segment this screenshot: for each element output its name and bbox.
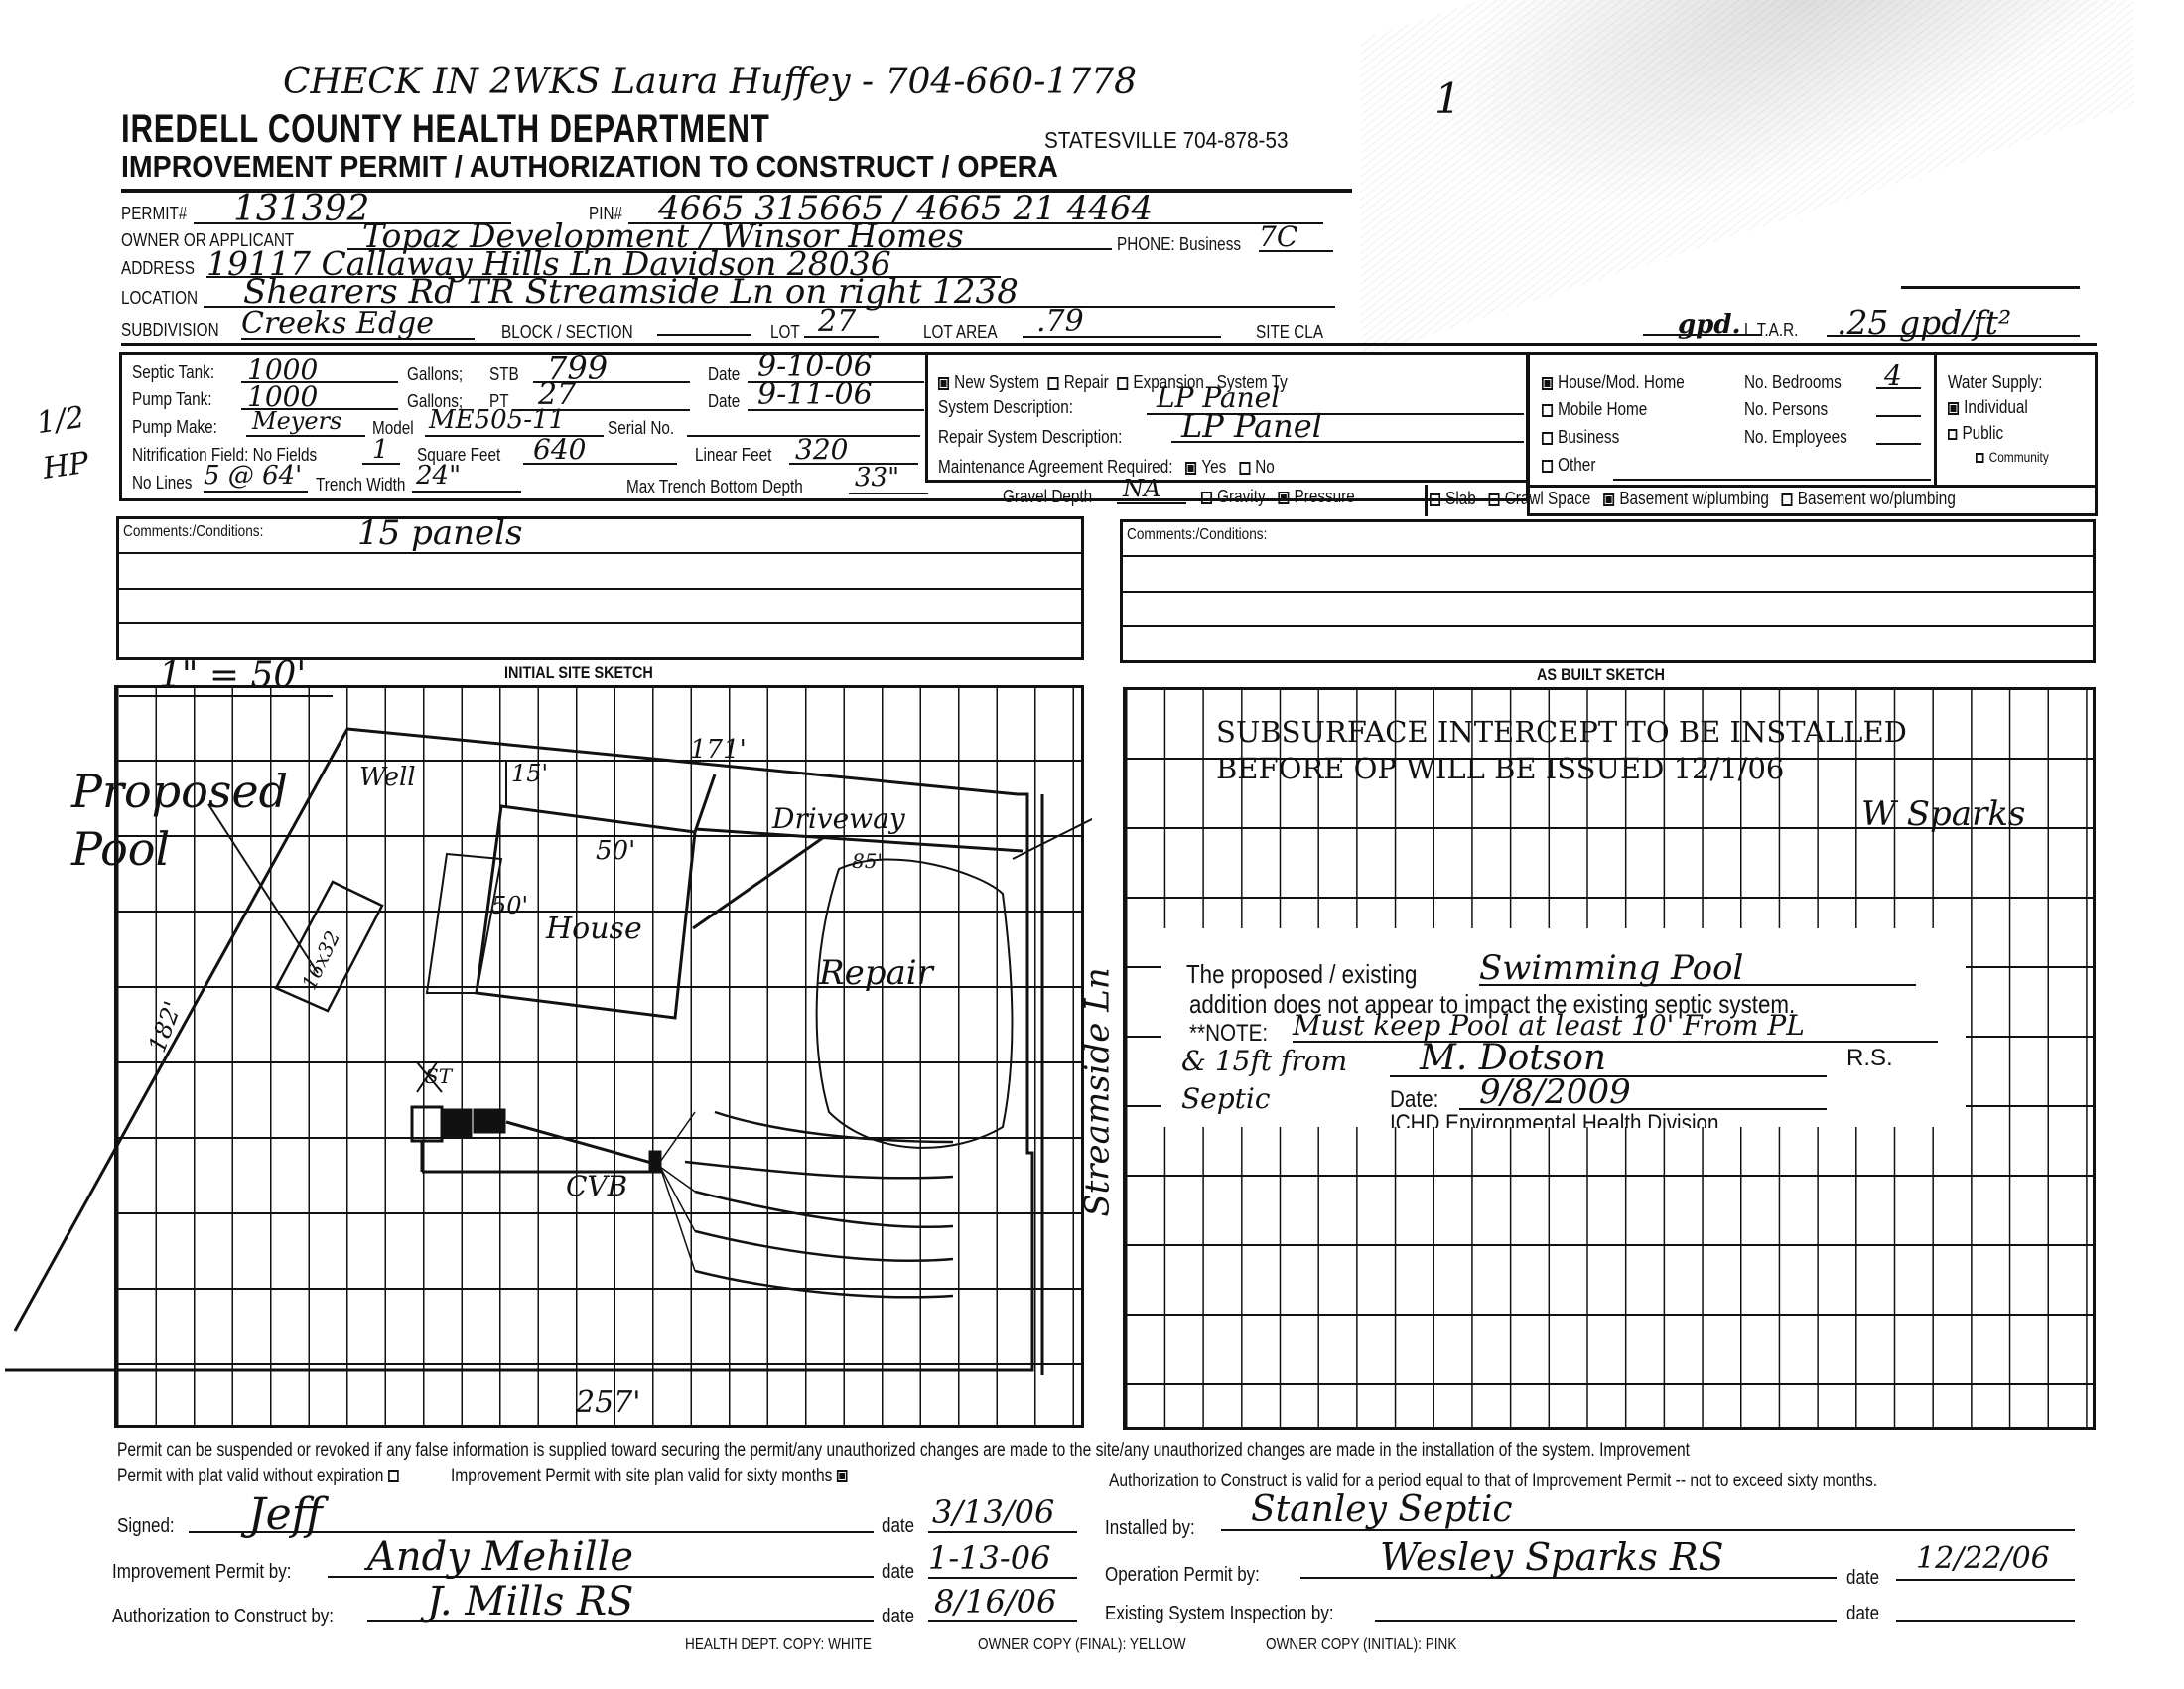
atc-date-label: date (882, 1606, 914, 1628)
department-title: IREDELL COUNTY HEALTH DEPARTMENT (121, 107, 770, 152)
pump-make-label: Pump Make: (132, 417, 217, 438)
maintenance-no-checkbox[interactable] (1239, 462, 1250, 475)
bedrooms-value: 4 (1884, 359, 1902, 392)
mobile-row: Mobile Home (1542, 399, 1647, 420)
comments-right-box[interactable]: Comments:/Conditions: (1120, 519, 2096, 663)
phone-field[interactable]: 7C (1259, 220, 1333, 252)
location-field[interactable]: Shearers Rd TR Streamside Ln on right 12… (204, 272, 1335, 308)
subdivision-value: Creeks Edge (241, 306, 434, 341)
water-individual-label: Individual (1964, 397, 2028, 417)
water-supply-box (1934, 352, 1937, 487)
atc-by-field[interactable]: J. Mills RS (367, 1579, 874, 1622)
pump-tank-field[interactable]: 1000 (241, 380, 398, 410)
handwritten-followup-note: CHECK IN 2WKS Laura Huffey - 704-660-177… (283, 62, 1137, 102)
model-value: ME505-11 (429, 405, 565, 435)
basement-without-plumbing-checkbox[interactable] (1782, 493, 1793, 506)
water-community-row: Community (1976, 449, 2049, 465)
lot-area-value: .79 (1036, 304, 1084, 339)
improvement-permit-date-value: 1-13-06 (928, 1539, 1050, 1577)
plat-validity-label: Permit with plat valid without expiratio… (117, 1466, 383, 1486)
stamp-date-value: 9/8/2009 (1479, 1072, 1631, 1112)
employees-label: No. Employees (1744, 427, 1847, 448)
section-rule (121, 343, 2097, 346)
form-title: IMPROVEMENT PERMIT / AUTHORIZATION TO CO… (121, 149, 1058, 185)
crawl-checkbox[interactable] (1489, 493, 1500, 506)
comments-left-value: 15 panels (357, 513, 522, 553)
stamp-rs-label: R.S. (1846, 1045, 1893, 1072)
date-label-1: Date (708, 364, 740, 385)
repair-checkbox[interactable] (1048, 377, 1059, 390)
block-field[interactable] (657, 316, 751, 336)
gpd-label: gpd. (1678, 310, 1741, 340)
ltar-label: L.T.A.R. (1744, 320, 1798, 341)
permit-label: PERMIT# (121, 204, 187, 224)
sketch-label-proposed-pool: Proposed Pool (71, 763, 250, 878)
installed-by-field[interactable]: Stanley Septic (1221, 1489, 2075, 1531)
other-row: Other (1542, 455, 1595, 476)
water-public-label: Public (1962, 423, 2003, 443)
persons-field[interactable] (1876, 399, 1921, 417)
stamp-line1: The proposed / existing (1186, 959, 1417, 990)
comments-left-box[interactable]: Comments:/Conditions: 15 panels (116, 516, 1084, 660)
ltar-rule-upper (1901, 286, 2080, 289)
site-plan-validity-checkbox[interactable] (837, 1470, 848, 1482)
business-label: Business (1558, 427, 1619, 447)
stb-label: STB (489, 364, 519, 385)
as-built-note-line1: SUBSURFACE INTERCEPT TO BE INSTALLED (1216, 715, 1907, 749)
foundation-row-left-rule (1425, 485, 1428, 516)
margin-note-hp: 1/2 HP (34, 393, 105, 492)
linear-feet-field[interactable]: 320 (789, 433, 918, 465)
lot-value: 27 (818, 304, 856, 339)
repair-desc-label: Repair System Description: (938, 427, 1122, 448)
gallons-label-1: Gallons; (407, 364, 463, 385)
lines-value: 5 @ 64' (204, 461, 302, 491)
gravel-field[interactable]: NA (1117, 475, 1186, 504)
bedrooms-label: No. Bedrooms (1744, 372, 1842, 393)
address-label: ADDRESS (121, 258, 195, 279)
subdivision-label: SUBDIVISION (121, 320, 219, 341)
sqft-field[interactable]: 640 (523, 433, 677, 465)
house-row: House/Mod. Home (1542, 372, 1685, 393)
sketch-label-15ft: 15' (511, 760, 548, 787)
existing-inspection-label: Existing System Inspection by: (1105, 1603, 1334, 1625)
gravity-label: Gravity (1217, 487, 1265, 506)
gravel-label: Gravel Depth (1003, 487, 1092, 507)
pump-make-value: Meyers (252, 407, 341, 435)
sqft-value: 640 (533, 433, 586, 466)
improvement-permit-date-label: date (882, 1561, 914, 1584)
as-built-note-signature: W Sparks (1861, 794, 2025, 834)
operation-permit-by-label: Operation Permit by: (1105, 1564, 1260, 1587)
copy-yellow-label: OWNER COPY (FINAL): YELLOW (978, 1636, 1186, 1654)
system-box-bottom (925, 480, 1529, 483)
signed-date-value: 3/13/06 (932, 1493, 1054, 1531)
basement-without-plumbing-label: Basement wo/plumbing (1798, 489, 1956, 508)
comments-right-label: Comments:/Conditions: (1127, 526, 1267, 544)
building-box-divider (1527, 485, 2098, 488)
existing-inspection-date-label: date (1846, 1603, 1879, 1625)
site-plan-validity-label: Improvement Permit with site plan valid … (451, 1466, 832, 1486)
max-depth-label: Max Trench Bottom Depth (626, 477, 803, 497)
lines-field[interactable]: 5 @ 64' (204, 461, 308, 493)
improvement-permit-date-field[interactable]: 1-13-06 (928, 1539, 1077, 1579)
copy-white-label: HEALTH DEPT. COPY: WHITE (685, 1636, 872, 1654)
installed-by-value: Stanley Septic (1251, 1489, 1513, 1530)
trench-width-field[interactable]: 24" (412, 461, 521, 493)
water-supply-label: Water Supply: (1948, 372, 2043, 393)
fields-field[interactable]: 1 (362, 435, 400, 465)
improvement-permit-by-signature: Andy Mehille (367, 1534, 633, 1580)
other-label: Other (1558, 455, 1595, 475)
maintenance-row: Maintenance Agreement Required: Yes No (938, 457, 1275, 478)
water-public-row: Public (1948, 423, 2003, 444)
mobile-label: Mobile Home (1558, 399, 1647, 419)
signed-signature: Jeff (248, 1489, 323, 1540)
new-system-checkbox[interactable] (938, 377, 949, 390)
slab-checkbox[interactable] (1430, 493, 1440, 506)
water-individual-row: Individual (1948, 397, 2028, 418)
pressure-label: Pressure (1295, 487, 1355, 506)
operation-permit-date-label: date (1846, 1567, 1879, 1590)
repair-label: Repair (1064, 372, 1109, 392)
date2-value: 9-11-06 (757, 377, 873, 412)
septic-tank-label: Septic Tank: (132, 362, 214, 383)
lot-area-label: LOT AREA (923, 322, 998, 343)
ltar-field[interactable]: .25 gpd/ft² (1827, 303, 2080, 337)
subdivision-field[interactable]: Creeks Edge (241, 306, 475, 340)
employees-field[interactable] (1876, 427, 1921, 445)
lot-field[interactable]: 27 (804, 304, 879, 338)
crawl-label: Crawl Space (1505, 489, 1591, 508)
operation-permit-date-field[interactable]: 12/22/06 (1896, 1541, 2075, 1581)
water-public-checkbox[interactable] (1948, 429, 1957, 440)
site-class-label: SITE CLA (1256, 322, 1323, 343)
sketch-label-repair: Repair (819, 953, 933, 993)
pressure-checkbox[interactable] (1278, 492, 1289, 504)
atc-date-field[interactable]: 8/16/06 (928, 1583, 1077, 1622)
sketch-label-st: ST (425, 1064, 452, 1088)
lot-area-field[interactable]: .79 (1023, 304, 1221, 338)
location-label: LOCATION (121, 288, 198, 309)
stamp-addition-value: Swimming Pool (1479, 948, 1743, 988)
phone-value: 7C (1259, 220, 1297, 253)
water-individual-checkbox[interactable] (1948, 402, 1959, 415)
operation-permit-by-field[interactable]: Wesley Sparks RS (1300, 1535, 1837, 1579)
foundation-row: Slab Crawl Space Basement w/plumbing Bas… (1430, 489, 1956, 509)
system-desc-label: System Description: (938, 397, 1073, 418)
pump-make-field[interactable]: Meyers (246, 407, 365, 437)
sketch-label-257ft: 257' (576, 1385, 641, 1420)
stamp-line1-prefix: The proposed / existing (1186, 959, 1417, 989)
sketch-label-streamside: Streamside Ln (1078, 967, 1118, 1216)
comments-left-label: Comments:/Conditions: (123, 523, 263, 541)
signed-date-label: date (882, 1515, 914, 1538)
house-checkbox[interactable] (1542, 377, 1553, 390)
sketch-label-85ft: 85' (852, 849, 883, 873)
improvement-permit-by-label: Improvement Permit by: (112, 1561, 291, 1584)
business-checkbox[interactable] (1542, 432, 1553, 445)
signed-date-field[interactable]: 3/13/06 (928, 1493, 1077, 1533)
repair-desc-field[interactable]: LP Panel (1171, 407, 1524, 443)
maintenance-no-label: No (1255, 457, 1275, 477)
ltar-value: .25 gpd/ft² (1837, 303, 2011, 342)
atc-by-signature: J. Mills RS (427, 1579, 633, 1624)
linear-feet-label: Linear Feet (695, 445, 771, 466)
basement-with-plumbing-checkbox[interactable] (1603, 493, 1614, 506)
business-row: Business (1542, 427, 1619, 448)
sketch-label-house: House (546, 912, 642, 946)
stamp-addition-field[interactable]: Swimming Pool (1479, 948, 1916, 986)
date2-field[interactable]: 9-11-06 (748, 377, 924, 411)
other-field[interactable] (1613, 465, 1931, 481)
gravity-checkbox[interactable] (1201, 492, 1212, 504)
office-phone: STATESVILLE 704-878-53 (1044, 127, 1288, 154)
plat-validity-row: Permit with plat valid without expiratio… (117, 1466, 852, 1487)
signed-field[interactable]: Jeff (189, 1489, 874, 1533)
water-community-checkbox[interactable] (1976, 453, 1984, 463)
sketch-label-cvb: CVB (566, 1170, 627, 1202)
maintenance-yes-checkbox[interactable] (1185, 462, 1196, 475)
existing-inspection-field[interactable] (1375, 1599, 1837, 1622)
as-built-note-line2: BEFORE OP WILL BE ISSUED 12/1/06 (1216, 752, 1784, 785)
operation-permit-date-value: 12/22/06 (1916, 1541, 2050, 1576)
atc-date-value: 8/16/06 (934, 1583, 1056, 1620)
new-system-label: New System (954, 372, 1039, 392)
block-label: BLOCK / SECTION (501, 322, 633, 343)
stamp-date-field[interactable]: 9/8/2009 (1459, 1072, 1827, 1110)
sketch-label-driveway: Driveway (772, 802, 905, 835)
lot-label: LOT (770, 322, 800, 343)
other-checkbox[interactable] (1542, 460, 1553, 473)
sketch-label-171ft: 171' (690, 735, 747, 765)
stamp-note-continued: & 15ft from Septic (1181, 1043, 1360, 1118)
slab-label: Slab (1445, 489, 1476, 508)
water-community-label: Community (1989, 449, 2049, 465)
signed-label: Signed: (117, 1515, 175, 1538)
stamp-division: ICHD Environmental Health Division (1390, 1110, 1719, 1128)
mobile-checkbox[interactable] (1542, 404, 1553, 417)
basement-with-plumbing-label: Basement w/plumbing (1619, 489, 1769, 508)
trench-width-value: 24" (416, 461, 461, 491)
date-label-2: Date (708, 391, 740, 412)
max-depth-field[interactable]: 33" (849, 463, 928, 494)
septic-tank-field[interactable]: 1000 (241, 353, 398, 383)
atc-by-label: Authorization to Construct by: (112, 1606, 334, 1628)
maintenance-label: Maintenance Agreement Required: (938, 457, 1172, 477)
copy-pink-label: OWNER COPY (INITIAL): PINK (1266, 1636, 1456, 1654)
sketch-label-50ft-side: 50' (491, 892, 528, 919)
pump-tank-label: Pump Tank: (132, 389, 212, 410)
lines-label: No Lines (132, 473, 192, 493)
repair-desc-value: LP Panel (1181, 407, 1322, 445)
sketch-label-50ft-top: 50' (596, 836, 635, 866)
linear-feet-value: 320 (795, 433, 848, 466)
existing-inspection-date-field[interactable] (1896, 1599, 2075, 1622)
persons-label: No. Persons (1744, 399, 1828, 420)
as-built-title: AS BUILT SKETCH (1537, 665, 1665, 685)
disclaimer-text: Permit can be suspended or revoked if an… (117, 1440, 1690, 1462)
installed-by-label: Installed by: (1105, 1517, 1195, 1540)
operation-permit-by-signature: Wesley Sparks RS (1380, 1535, 1724, 1579)
house-label: House/Mod. Home (1558, 372, 1685, 392)
sketch-label-well: Well (359, 763, 416, 792)
plat-validity-checkbox[interactable] (388, 1470, 399, 1482)
improvement-permit-by-field[interactable]: Andy Mehille (328, 1534, 874, 1578)
maintenance-yes-label: Yes (1201, 457, 1226, 477)
phone-label: PHONE: Business (1117, 234, 1241, 255)
stamp-signature-field[interactable]: M. Dotson (1390, 1038, 1827, 1077)
fields-value: 1 (372, 435, 389, 465)
max-depth-value: 33" (855, 463, 899, 493)
distribution-row: Gravity Pressure (1201, 487, 1355, 507)
expansion-checkbox[interactable] (1117, 377, 1128, 390)
initial-sketch-title: INITIAL SITE SKETCH (504, 663, 653, 683)
bedrooms-field[interactable]: 4 (1876, 359, 1921, 389)
trench-width-label: Trench Width (316, 475, 405, 495)
gravel-value: NA (1123, 475, 1160, 502)
